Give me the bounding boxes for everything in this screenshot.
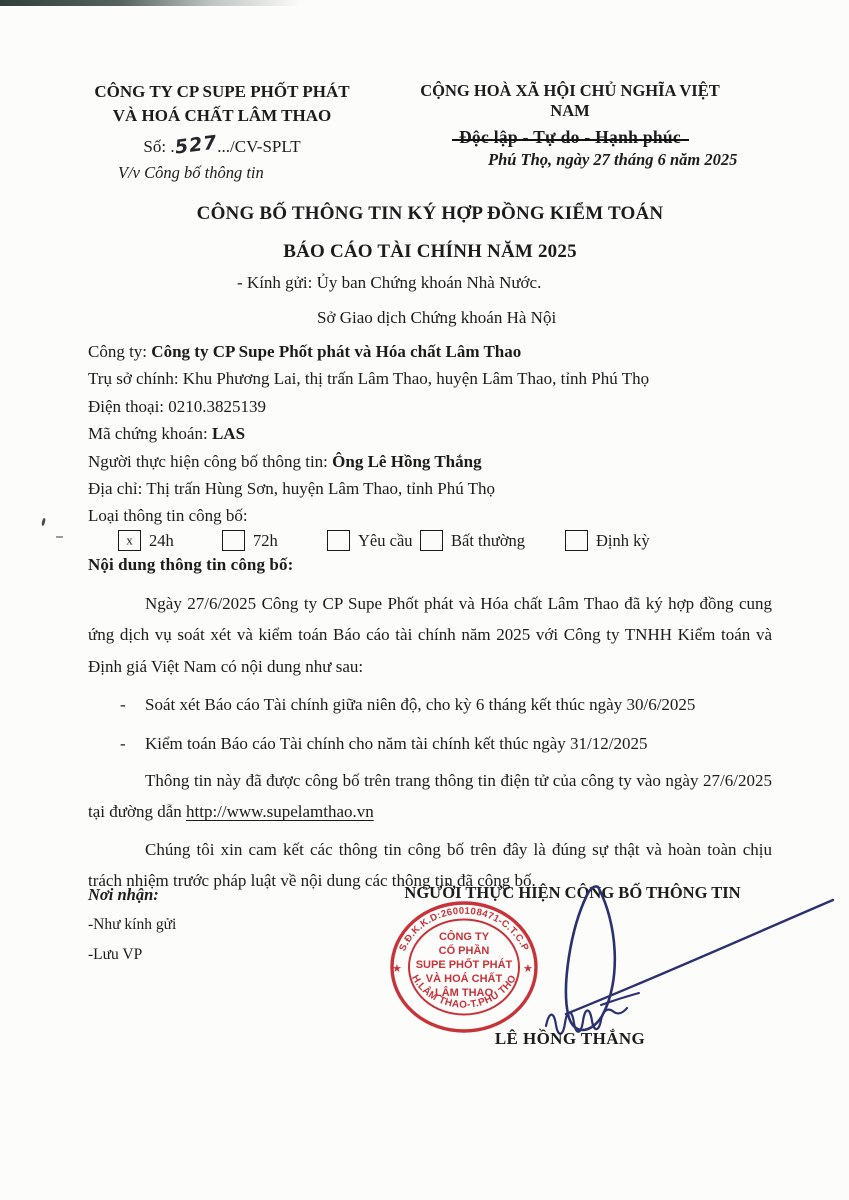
bullet-audit-text: Kiểm toán Báo cáo Tài chính cho năm tài …: [145, 728, 647, 759]
website-link[interactable]: http://www.supelamthao.vn: [186, 802, 374, 821]
document-title: CÔNG BỐ THÔNG TIN KÝ HỢP ĐỒNG KIỂM TOÁN …: [0, 195, 849, 271]
title-line2: BÁO CÁO TÀI CHÍNH NĂM 2025: [0, 233, 849, 271]
stamp-star-right-icon: ★: [523, 963, 533, 975]
doc-number-handwritten: 527: [173, 131, 218, 158]
checkbox-label-72h: 72h: [253, 531, 278, 551]
stamp-center-line5: LÂM THAO: [435, 986, 493, 999]
bullet-dash: -: [88, 728, 145, 759]
scan-artifact-top: [0, 0, 300, 6]
signature-cross-stroke: [601, 993, 639, 1005]
company-name-line2: VÀ HOÁ CHẤT LÂM THAO: [88, 104, 356, 128]
scan-artifact-mark: [41, 518, 46, 526]
paragraph-agreement: Ngày 27/6/2025 Công ty CP Supe Phốt phát…: [88, 588, 772, 682]
signer-name: LÊ HỒNG THẮNG: [460, 1029, 680, 1049]
checkbox-label-yeu-cau: Yêu cầu: [358, 531, 413, 551]
recipient-item-1: -Như kính gửi: [88, 916, 176, 934]
scan-artifact-dash: [56, 536, 63, 538]
bullet-dash: -: [88, 689, 145, 720]
info-discloser-label: Người thực hiện công bố thông tin:: [88, 452, 332, 471]
stamp-center-line2: CỔ PHẦN: [439, 944, 490, 957]
info-headquarters: Trụ sở chính: Khu Phương Lai, thị trấn L…: [88, 365, 778, 392]
stamp-center-line3: SUPE PHỐT PHÁT: [416, 957, 513, 971]
company-name-line1: CÔNG TY CP SUPE PHỐT PHÁT: [88, 80, 356, 104]
recipients-heading: Nơi nhận:: [88, 885, 159, 905]
bullet-audit: - Kiểm toán Báo cáo Tài chính cho năm tà…: [88, 728, 772, 759]
doc-number-suffix: .../CV-SPLT: [217, 137, 300, 156]
checkbox-yeu-cau: Yêu cầu: [327, 530, 413, 551]
info-company-label: Công ty:: [88, 342, 151, 361]
recipient-line2: Sở Giao dịch Chứng khoán Hà Nội: [317, 308, 556, 328]
checkbox-box-dinh-ky: [565, 530, 588, 551]
stamp-star-left-icon: ★: [392, 963, 402, 975]
checkbox-box-72h: [222, 530, 245, 551]
document-subject: V/v Công bố thông tin: [118, 163, 264, 183]
recipient-item-2: -Lưu VP: [88, 946, 142, 964]
signature-diagonal-stroke: [566, 900, 833, 1014]
stamp-center-line1: CÔNG TY: [439, 930, 490, 943]
checkbox-box-yeu-cau: [327, 530, 350, 551]
motto-underline: [452, 139, 689, 141]
national-motto-line2: Độc lập - Tự do - Hạnh phúc: [402, 127, 738, 148]
signature-loop-stroke: [566, 886, 615, 1030]
body-text: Ngày 27/6/2025 Công ty CP Supe Phốt phát…: [88, 588, 772, 897]
checkbox-24h: x 24h: [118, 530, 174, 551]
checkbox-mark-24h: x: [126, 534, 133, 547]
info-discloser-address: Địa chỉ: Thị trấn Hùng Sơn, huyện Lâm Th…: [88, 475, 778, 502]
bullet-review: - Soát xét Báo cáo Tài chính giữa niên đ…: [88, 689, 772, 720]
title-line1: CÔNG BỐ THÔNG TIN KÝ HỢP ĐỒNG KIỂM TOÁN: [0, 195, 849, 233]
info-discloser-value: Ông Lê Hồng Thắng: [332, 452, 481, 471]
checkbox-label-bat-thuong: Bất thường: [451, 531, 525, 551]
bullet-review-text: Soát xét Báo cáo Tài chính giữa niên độ,…: [145, 689, 695, 720]
info-company-value: Công ty CP Supe Phốt phát và Hóa chất Lâ…: [151, 342, 521, 361]
checkbox-label-dinh-ky: Định kỳ: [596, 531, 650, 551]
content-heading: Nội dung thông tin công bố:: [88, 555, 293, 575]
national-header-block: CỘNG HOÀ XÃ HỘI CHỦ NGHĨA VIỆT NAM Độc l…: [402, 81, 738, 148]
checkbox-box-24h: x: [118, 530, 141, 551]
info-discloser: Người thực hiện công bố thông tin: Ông L…: [88, 448, 778, 475]
paragraph-website: Thông tin này đã được công bố trên trang…: [88, 765, 772, 828]
doc-number-prefix: Số: .: [143, 137, 174, 156]
checkbox-dinh-ky: Định kỳ: [565, 530, 650, 551]
info-ticker-value: LAS: [212, 424, 245, 443]
company-info-block: Công ty: Công ty CP Supe Phốt phát và Hó…: [88, 338, 778, 530]
info-ticker-label: Mã chứng khoán:: [88, 424, 212, 443]
checkbox-72h: 72h: [222, 530, 278, 551]
date-line: Phú Thọ, ngày 27 tháng 6 năm 2025: [488, 150, 737, 170]
checkbox-label-24h: 24h: [149, 531, 174, 551]
checkbox-bat-thuong: Bất thường: [420, 530, 525, 551]
document-number: Số: .527.../CV-SPLT: [88, 135, 356, 157]
info-company: Công ty: Công ty CP Supe Phốt phát và Hó…: [88, 338, 778, 365]
national-motto-line1: CỘNG HOÀ XÃ HỘI CHỦ NGHĨA VIỆT NAM: [402, 81, 738, 121]
info-disclosure-type-label: Loại thông tin công bố:: [88, 502, 778, 529]
info-ticker: Mã chứng khoán: LAS: [88, 420, 778, 447]
recipient-line1: - Kính gửi: Ủy ban Chứng khoán Nhà Nước.: [237, 273, 541, 293]
info-phone: Điện thoại: 0210.3825139: [88, 393, 778, 420]
stamp-center-line4: VÀ HOÁ CHẤT: [426, 972, 503, 985]
checkbox-box-bat-thuong: [420, 530, 443, 551]
sender-block: CÔNG TY CP SUPE PHỐT PHÁT VÀ HOÁ CHẤT LÂ…: [88, 80, 356, 157]
company-stamp: S.Đ.K.K.D:2600108471-C.T.C.P H.LÂM THAO-…: [388, 899, 540, 1035]
